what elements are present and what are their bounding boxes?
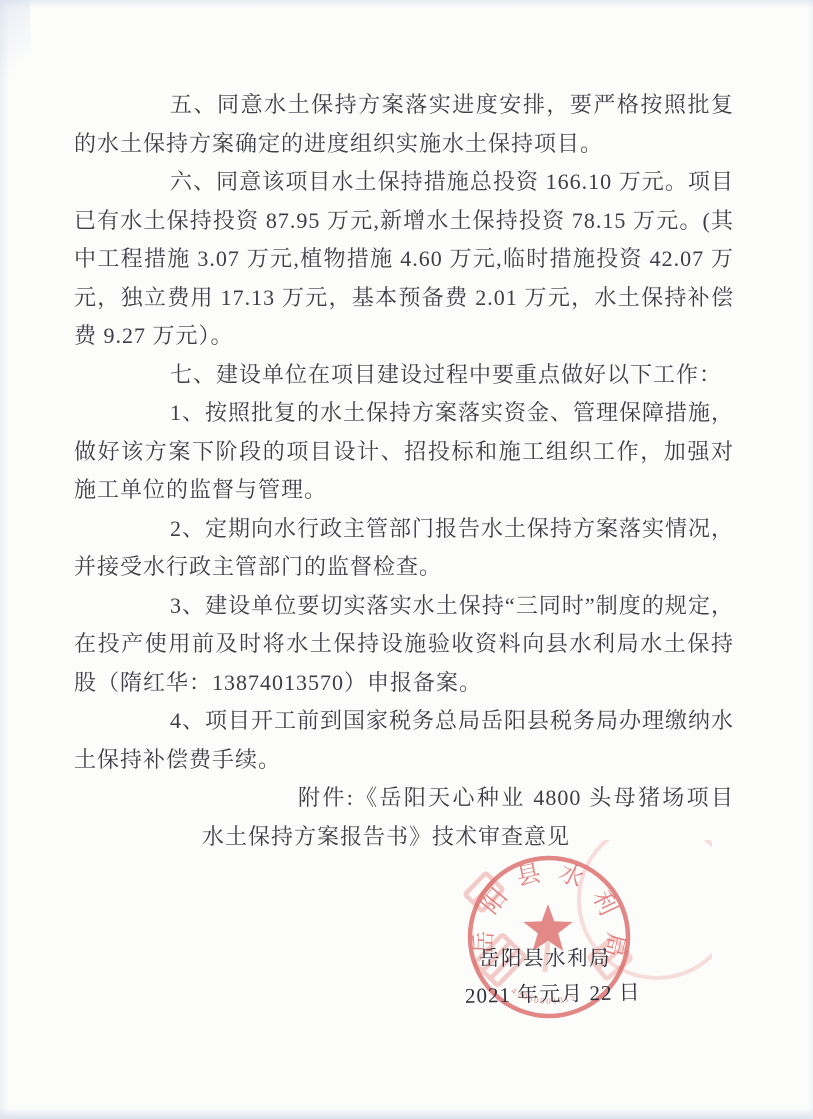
paragraph-5: 五、同意水土保持方案落实进度安排，要严格按照批复的水土保持方案确定的进度组织实施…: [74, 86, 734, 163]
scan-edge-right: [807, 0, 813, 1119]
scanned-document-page: 五、同意水土保持方案落实进度安排，要严格按照批复的水土保持方案确定的进度组织实施…: [0, 0, 813, 1119]
paragraph-item-3: 3、建设单位要切实落实水土保持“三同时”制度的规定，在投产使用前及时将水土保持设…: [74, 587, 734, 703]
scan-edge-top: [0, 0, 813, 8]
paragraph-item-2: 2、定期向水行政主管部门报告水土保持方案落实情况，并接受水行政主管部门的监督检查…: [74, 510, 734, 587]
paragraph-6: 六、同意该项目水土保持措施总投资 166.10 万元。项目已有水土保持投资 87…: [74, 163, 734, 356]
paragraph-7: 七、建设单位在项目建设过程中要重点做好以下工作：: [74, 356, 734, 395]
paragraph-item-1: 1、按照批复的水土保持方案落实资金、管理保障措施，做好该方案下阶段的项目设计、招…: [74, 394, 734, 510]
paragraph-item-4: 4、项目开工前到国家税务总局岳阳县税务局办理缴纳水土保持补偿费手续。: [74, 702, 734, 779]
scan-edge-left: [0, 0, 9, 1119]
signature-date: 2021 年元月 22 日: [465, 976, 641, 1010]
document-body: 五、同意水土保持方案落实进度安排，要严格按照批复的水土保持方案确定的进度组织实施…: [74, 86, 734, 856]
signature-agency: 岳阳县水利局: [479, 941, 611, 971]
scan-corner-tint: [0, 0, 30, 95]
scan-edge-bottom: [0, 1108, 813, 1119]
